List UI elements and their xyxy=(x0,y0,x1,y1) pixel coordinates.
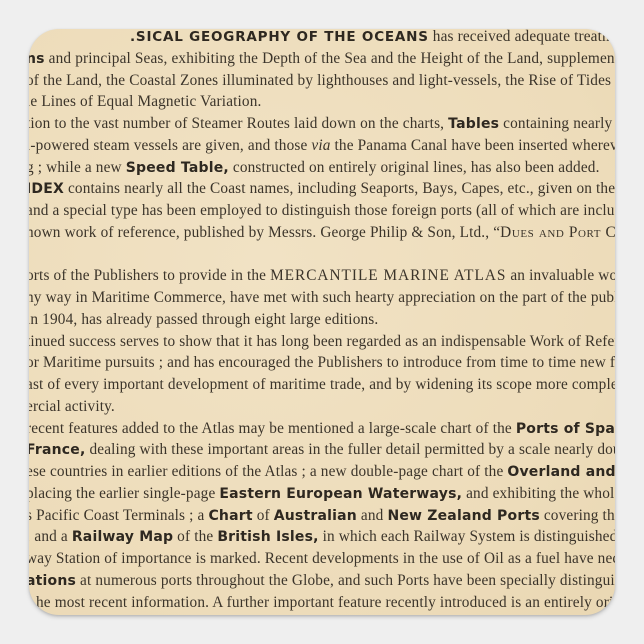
text-run: contains nearly all the Coast names, inc… xyxy=(64,180,615,197)
text-run: s Pacific Coast Terminals ; a xyxy=(29,507,208,524)
text-run: orts of the Publishers to provide in the xyxy=(29,267,270,284)
bold-text: Chart xyxy=(208,508,252,524)
bold-text: Railway Map xyxy=(72,529,173,545)
text-run: in which each Railway System is distingu… xyxy=(319,528,615,545)
text-run: and exhibiting the whole of the Trans-S xyxy=(462,485,615,502)
text-run: tinued success serves to show that it ha… xyxy=(29,333,615,350)
text-line: he most recent information. A further im… xyxy=(36,592,615,614)
text-line: IDEX contains nearly all the Coast names… xyxy=(29,178,615,200)
text-line: tinued success serves to show that it ha… xyxy=(29,331,615,353)
text-run: MERCANTILE MARINE ATLAS xyxy=(270,267,506,284)
text-line: ny way in Maritime Commerce, have met wi… xyxy=(29,287,615,309)
text-run: recent features added to the Atlas may b… xyxy=(29,420,516,437)
text-run: of xyxy=(253,507,274,524)
bold-text: Speed Table, xyxy=(126,160,229,176)
text-run: ny way in Maritime Commerce, have met wi… xyxy=(29,289,615,306)
text-line: or Maritime pursuits ; and has encourage… xyxy=(29,352,615,374)
text-line: of the Land, the Coastal Zones illuminat… xyxy=(29,70,615,92)
text-run: and xyxy=(357,507,388,524)
text-line: ations at numerous ports throughout the … xyxy=(29,570,615,592)
text-run: Dues and Port Charges xyxy=(500,224,615,241)
text-run: and a special type has been employed to … xyxy=(29,202,615,219)
text-run: the Panama Canal have been inserted wher… xyxy=(331,137,615,154)
text-run: l-powered steam vessels are given, and t… xyxy=(29,137,311,154)
bold-text: Overland and Sea Con xyxy=(507,464,615,480)
text-run: he most recent information. A further im… xyxy=(36,594,615,611)
text-run: ie Lines of Equal Magnetic Variation. xyxy=(29,93,262,110)
text-run: way Station of importance is marked. Rec… xyxy=(29,550,615,567)
text-run: ; and a xyxy=(29,528,72,545)
text-line: g ; while a new Speed Table, constructed… xyxy=(29,157,600,179)
text-line: .SICAL GEOGRAPHY OF THE OCEANS has recei… xyxy=(130,29,615,48)
text-run: of the Land, the Coastal Zones illuminat… xyxy=(29,72,615,89)
text-run: at numerous ports throughout the Globe, … xyxy=(76,572,615,589)
text-run: constructed on entirely original lines, … xyxy=(229,159,600,176)
bold-text: ns xyxy=(29,51,45,67)
text-line: in 1904, has already passed through eigh… xyxy=(29,309,378,331)
text-run: an invaluable work of refe xyxy=(506,267,615,284)
bold-text: France, xyxy=(29,442,86,458)
text-run: or Maritime pursuits ; and has encourage… xyxy=(29,354,615,371)
text-run: ast of every important development of ma… xyxy=(29,376,615,393)
text-line: recent features added to the Atlas may b… xyxy=(29,418,615,440)
text-line: ns and principal Seas, exhibiting the De… xyxy=(29,48,615,70)
text-line: orts of the Publishers to provide in the… xyxy=(29,265,615,287)
bold-text: Tables xyxy=(448,116,499,132)
text-line: way Station of importance is marked. Rec… xyxy=(29,548,615,570)
text-line: France, dealing with these important are… xyxy=(29,439,615,461)
bold-text: Ports of Spair xyxy=(516,421,615,437)
text-line: ; and a Railway Map of the British Isles… xyxy=(29,526,615,548)
text-run: ese countries in earlier editions of the… xyxy=(29,463,507,480)
text-run: g ; while a new xyxy=(29,159,126,176)
bold-text: British Isles, xyxy=(217,529,318,545)
text-run: of the xyxy=(173,528,217,545)
bold-text: New Zealand Ports xyxy=(387,508,539,524)
text-run: covering the entire coa xyxy=(540,507,615,524)
text-line: tion to the vast number of Steamer Route… xyxy=(29,113,615,135)
document-page: .SICAL GEOGRAPHY OF THE OCEANS has recei… xyxy=(29,29,615,615)
text-line: nown work of reference, published by Mes… xyxy=(29,222,615,244)
text-run: via xyxy=(311,137,330,154)
bold-text: IDEX xyxy=(29,181,64,197)
text-run: and principal Seas, exhibiting the Depth… xyxy=(45,50,615,67)
bold-text: ations xyxy=(29,573,76,589)
text-run: placing the earlier single-page xyxy=(29,485,219,502)
text-line: l-powered steam vessels are given, and t… xyxy=(29,135,615,157)
text-line: ese countries in earlier editions of the… xyxy=(29,461,615,483)
bold-text: Eastern European Waterways, xyxy=(219,486,462,502)
text-line: ast of every important development of ma… xyxy=(29,374,615,396)
bold-text: Australian xyxy=(274,508,357,524)
text-run: dealing with these important areas in th… xyxy=(86,441,616,458)
text-line: placing the earlier single-page Eastern … xyxy=(29,483,615,505)
text-line: ercial activity. xyxy=(29,396,115,418)
text-line: ie Lines of Equal Magnetic Variation. xyxy=(29,91,262,113)
bold-text: .SICAL GEOGRAPHY OF THE OCEANS xyxy=(130,29,429,45)
text-run: in 1904, has already passed through eigh… xyxy=(29,311,378,328)
text-run: containing nearly xyxy=(499,115,615,132)
text-line: s Pacific Coast Terminals ; a Chart of A… xyxy=(29,505,615,527)
text-line: and a special type has been employed to … xyxy=(29,200,615,222)
text-run: tion to the vast number of Steamer Route… xyxy=(29,115,448,132)
text-run: nown work of reference, published by Mes… xyxy=(29,224,500,241)
text-run: ercial activity. xyxy=(29,398,115,415)
text-run: has received adequate treatment in a ser… xyxy=(429,29,615,45)
